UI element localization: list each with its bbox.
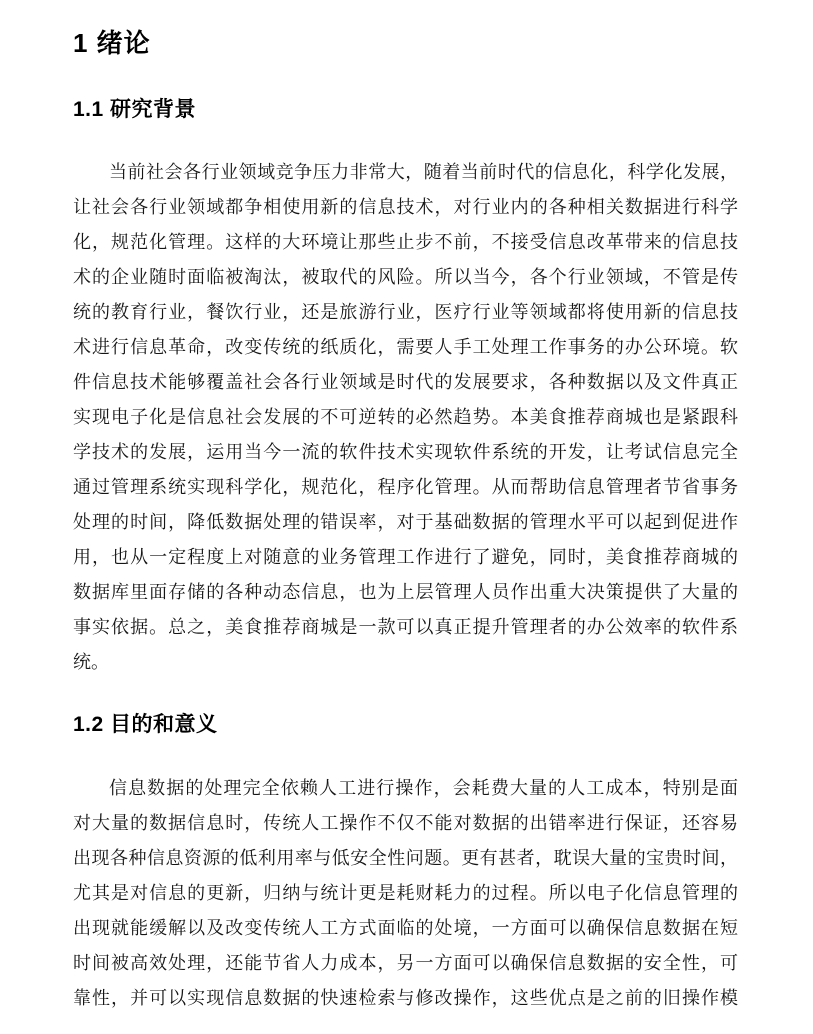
chapter-heading: 1 绪论	[73, 27, 738, 59]
paragraph-line: 让社会各行业领域都争相使用新的信息技术，对行业内的各种相关数据进行科学	[73, 190, 738, 225]
paragraph-line: 件信息技术能够覆盖社会各行业领域是时代的发展要求，各种数据以及文件真正	[73, 365, 738, 400]
paragraph-purpose-significance: 信息数据的处理完全依赖人工进行操作，会耗费大量的人工成本，特别是面对大量的数据信…	[73, 771, 738, 1016]
paragraph-line: 时间被高效处理，还能节省人力成本，另一方面可以确保信息数据的安全性，可	[73, 946, 738, 981]
paragraph-line: 当前社会各行业领域竞争压力非常大，随着当前时代的信息化，科学化发展，	[73, 155, 738, 190]
paragraph-line: 对大量的数据信息时，传统人工操作不仅不能对数据的出错率进行保证，还容易	[73, 806, 738, 841]
paragraph-line: 学技术的发展，运用当今一流的软件技术实现软件系统的开发，让考试信息完全	[73, 435, 738, 470]
paragraph-line: 事实依据。总之，美食推荐商城是一款可以真正提升管理者的办公效率的软件系	[73, 610, 738, 645]
paragraph-line: 统的教育行业，餐饮行业，还是旅游行业，医疗行业等领域都将使用新的信息技	[73, 295, 738, 330]
paragraph-line: 靠性，并可以实现信息数据的快速检索与修改操作，这些优点是之前的旧操作模	[73, 981, 738, 1016]
section-heading-purpose-significance: 1.2 目的和意义	[73, 711, 738, 738]
paragraph-line: 出现各种信息资源的低利用率与低安全性问题。更有甚者，耽误大量的宝贵时间，	[73, 841, 738, 876]
paragraph-line: 实现电子化是信息社会发展的不可逆转的必然趋势。本美食推荐商城也是紧跟科	[73, 400, 738, 435]
paragraph-line: 尤其是对信息的更新，归纳与统计更是耗财耗力的过程。所以电子化信息管理的	[73, 876, 738, 911]
paragraph-line: 用，也从一定程度上对随意的业务管理工作进行了避免，同时，美食推荐商城的	[73, 540, 738, 575]
document-page: 1 绪论 1.1 研究背景 当前社会各行业领域竞争压力非常大，随着当前时代的信息…	[0, 0, 813, 1034]
paragraph-line: 通过管理系统实现科学化，规范化，程序化管理。从而帮助信息管理者节省事务	[73, 470, 738, 505]
paragraph-line: 统。	[73, 645, 738, 680]
section-heading-research-background: 1.1 研究背景	[73, 96, 738, 123]
paragraph-line: 化，规范化管理。这样的大环境让那些止步不前，不接受信息改革带来的信息技	[73, 225, 738, 260]
paragraph-line: 术进行信息革命，改变传统的纸质化，需要人手工处理工作事务的办公环境。软	[73, 330, 738, 365]
paragraph-line: 处理的时间，降低数据处理的错误率，对于基础数据的管理水平可以起到促进作	[73, 505, 738, 540]
paragraph-line: 信息数据的处理完全依赖人工进行操作，会耗费大量的人工成本，特别是面	[73, 771, 738, 806]
paragraph-research-background: 当前社会各行业领域竞争压力非常大，随着当前时代的信息化，科学化发展，让社会各行业…	[73, 155, 738, 680]
paragraph-line: 术的企业随时面临被淘汰，被取代的风险。所以当今，各个行业领域，不管是传	[73, 260, 738, 295]
paragraph-line: 出现就能缓解以及改变传统人工方式面临的处境，一方面可以确保信息数据在短	[73, 911, 738, 946]
paragraph-line: 数据库里面存储的各种动态信息，也为上层管理人员作出重大决策提供了大量的	[73, 575, 738, 610]
